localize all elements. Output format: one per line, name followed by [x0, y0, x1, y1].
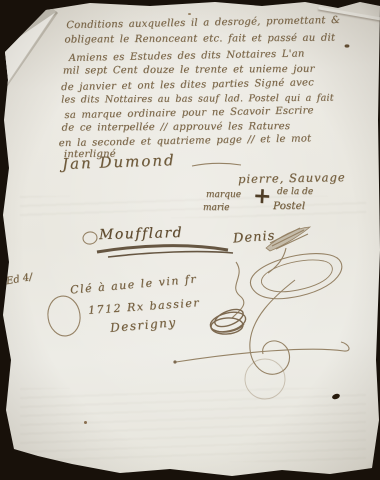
registration-line: 1712 Rx bassier [88, 296, 201, 317]
manuscript-line: Amiens es Estudes des dits Nottaires L'a… [69, 48, 305, 64]
manuscript-line: en la seconde et quatrieme page // et le… [59, 133, 312, 149]
knot-scribble [208, 306, 247, 335]
manuscript-line: sa marque ordinaire pour ne Scavoir Escr… [64, 105, 314, 121]
registration-squiggle [232, 262, 244, 318]
registration-o-loop [45, 294, 82, 338]
signature-denis: Denis [233, 229, 276, 247]
denis-feather-paraph [270, 228, 308, 249]
signature-jan-dumond: Jan Dumond [62, 151, 176, 173]
manuscript-line: de ce interpellée // approuvé les Rature… [62, 121, 291, 134]
ink-spot [331, 393, 340, 400]
moufflard-paraph [108, 252, 233, 257]
manuscript-line: de janvier et ont les dites parties Sign… [61, 77, 314, 93]
signature-desrigny: Desrigny [110, 315, 178, 335]
signature-moufflard: Moufflard [99, 225, 184, 243]
postel-mark-cross-icon: + [252, 183, 272, 210]
verso-showthrough [20, 196, 366, 218]
denis-descender [268, 248, 286, 273]
denis-oval-flourish [250, 254, 341, 299]
postel-mark-label: marie [203, 203, 229, 213]
moufflard-lead-loop [82, 231, 98, 245]
manuscript-line: Conditions auxquelles il a desrogé, prom… [66, 15, 340, 31]
paper-speck [84, 421, 87, 424]
sweep-ink-blob [173, 360, 176, 363]
verso-showthrough [20, 388, 366, 462]
paper-speck [188, 13, 191, 15]
manuscript-line: obligeant le Renonceant etc. fait et pas… [64, 33, 335, 46]
manuscript-line: mil sept Cent douze le trente et unieme … [63, 64, 315, 77]
circle-imprint [245, 359, 285, 399]
dumond-tail-stroke [192, 163, 241, 166]
moufflard-paraph [97, 246, 228, 252]
denis-oval-flourish [261, 260, 332, 292]
postel-mark-name: Postel [273, 200, 305, 212]
long-sweep-stroke [176, 342, 349, 362]
six-flourish [250, 280, 295, 374]
paper-sheet: Conditions auxquelles il a desrogé, prom… [0, 0, 380, 480]
margin-note: Ed 4/ [5, 272, 33, 287]
postel-mark-label: de la de [277, 187, 313, 197]
manuscript-line: les dits Nottaires au bas sauf lad. Post… [61, 93, 334, 106]
scanned-manuscript-page: Conditions auxquelles il a desrogé, prom… [0, 0, 380, 480]
ink-blob [345, 44, 350, 47]
postel-mark-label: marque [206, 190, 241, 200]
registration-line: Clé à aue le vin fr [70, 272, 198, 296]
